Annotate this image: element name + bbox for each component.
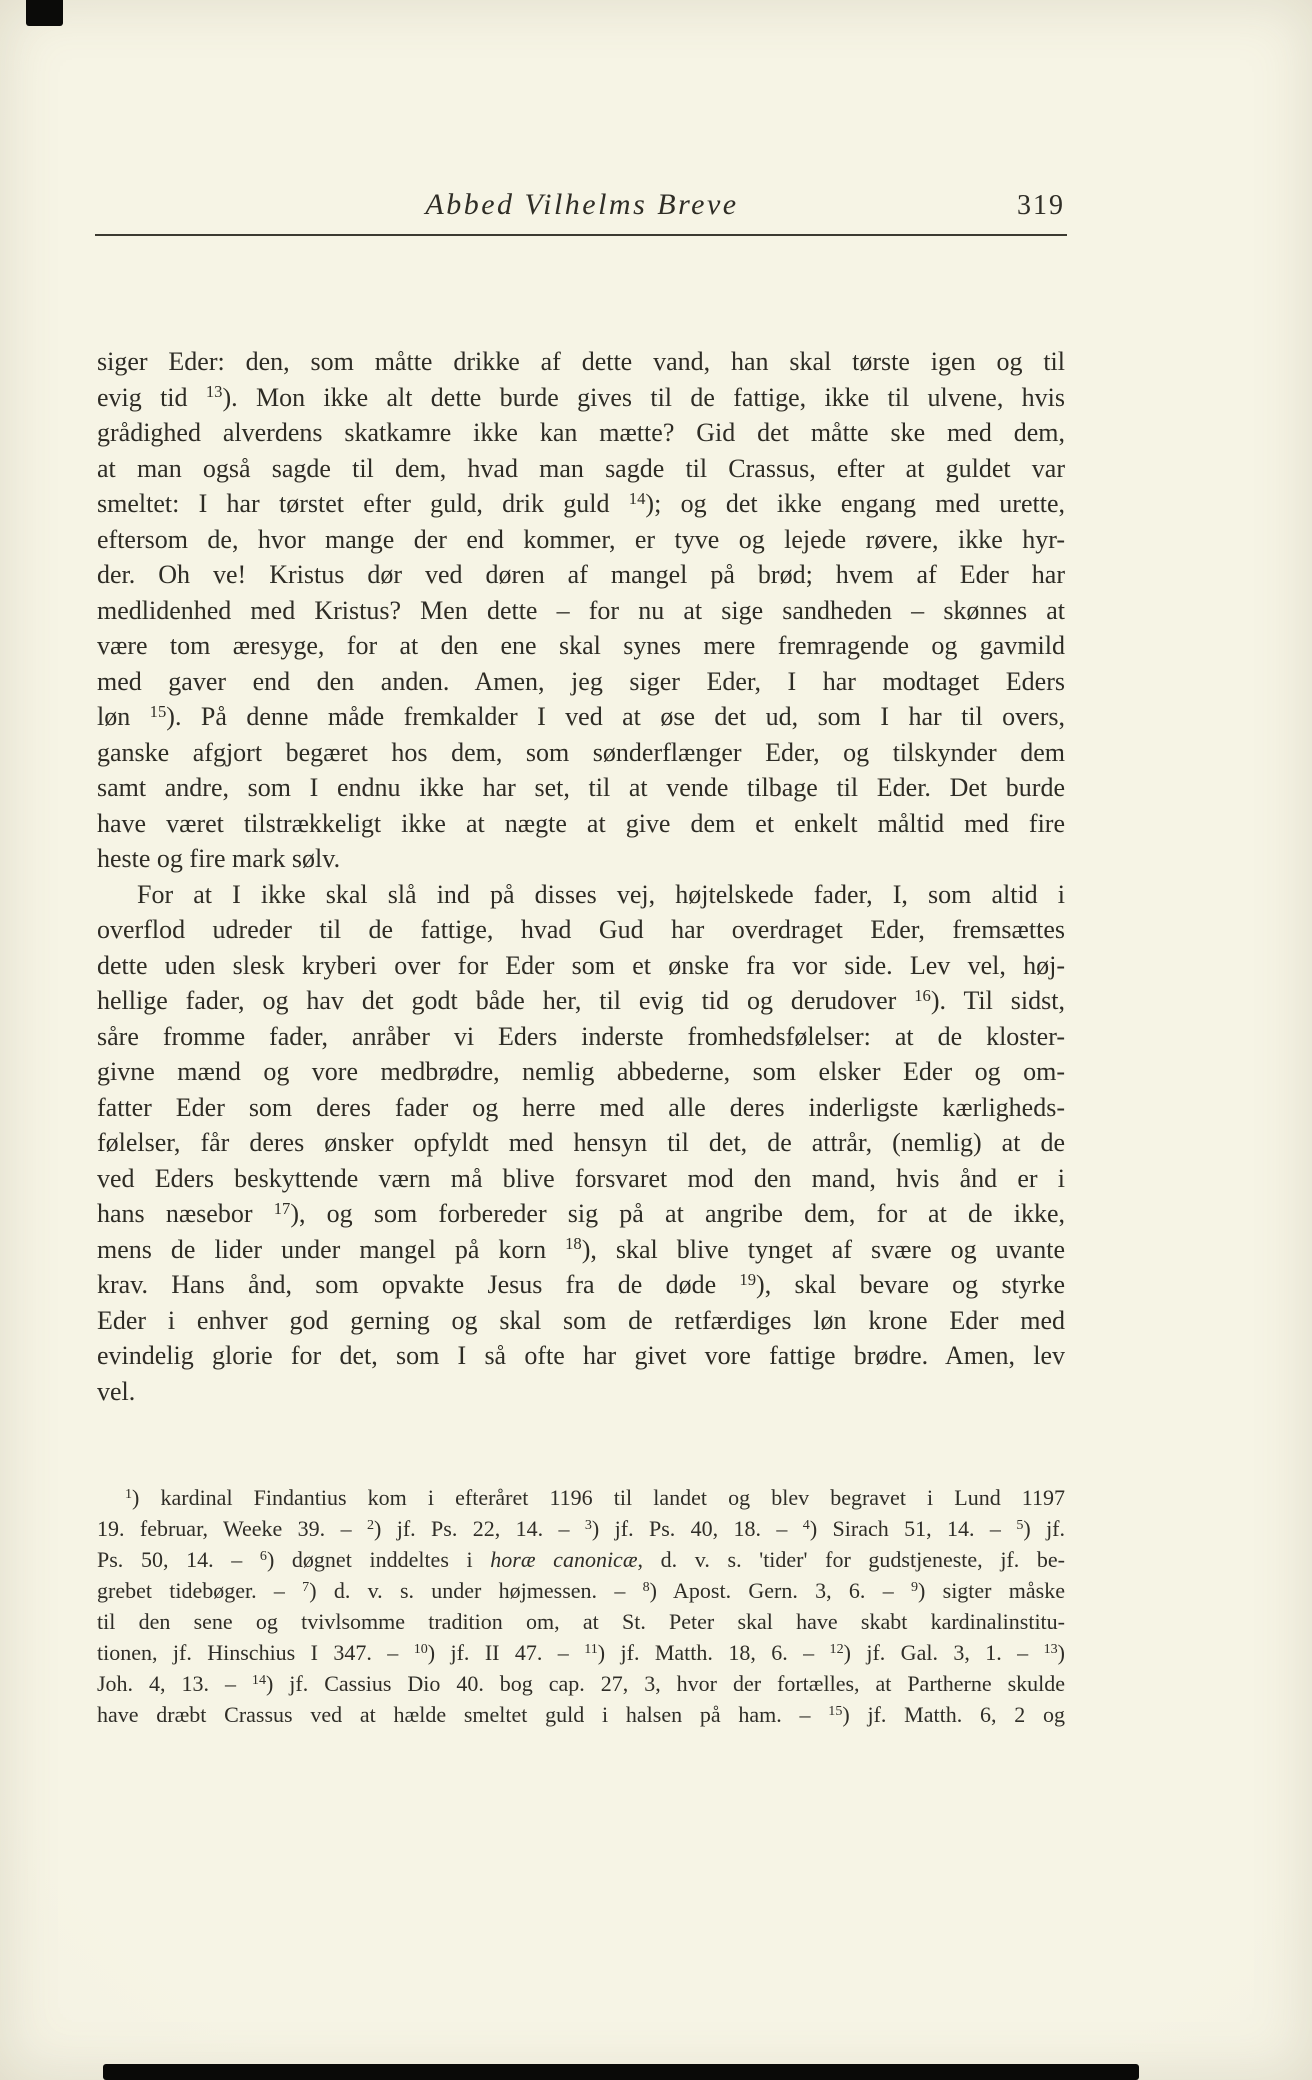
text-line: følelser, får deres ønsker opfyldt med h…: [97, 1125, 1065, 1161]
text-line: 1) kardinal Findantius kom i efteråret 1…: [97, 1482, 1065, 1513]
scan-artifact-bottom-bar: [103, 2064, 1139, 2080]
text-line: være tom æresyge, for at den ene skal sy…: [97, 628, 1065, 664]
text-line: Eder i enhver god gerning og skal som de…: [97, 1303, 1065, 1339]
text-line: smeltet: I har tørstet efter guld, drik …: [97, 486, 1065, 522]
text-line: ved Eders beskyttende værn må blive fors…: [97, 1161, 1065, 1197]
text-line: siger Eder: den, som måtte drikke af det…: [97, 344, 1065, 380]
letter-text: siger Eder: den, som måtte drikke af det…: [97, 344, 1065, 1409]
text-line: Ps. 50, 14. – 6) døgnet inddeltes i horæ…: [97, 1544, 1065, 1575]
page-scan: Abbed Vilhelms Breve 319 siger Eder: den…: [0, 0, 1312, 2080]
text-line: fatter Eder som deres fader og herre med…: [97, 1090, 1065, 1126]
text-line: med gaver end den anden. Amen, jeg siger…: [97, 664, 1065, 700]
text-line: dette uden slesk kryberi over for Eder s…: [97, 948, 1065, 984]
text-line: For at I ikke skal slå ind på disses vej…: [97, 877, 1065, 913]
text-line: krav. Hans ånd, som opvakte Jesus fra de…: [97, 1267, 1065, 1303]
text-line: til den sene og tvivlsomme tradition om,…: [97, 1606, 1065, 1637]
text-line: 19. februar, Weeke 39. – 2) jf. Ps. 22, …: [97, 1513, 1065, 1544]
text-line: evig tid 13). Mon ikke alt dette burde g…: [97, 380, 1065, 416]
text-line: grebet tidebøger. – 7) d. v. s. under hø…: [97, 1575, 1065, 1606]
header-title: Abbed Vilhelms Breve: [97, 188, 1067, 222]
text-line: medlidenhed med Kristus? Men dette – for…: [97, 593, 1065, 629]
text-line: at man også sagde til dem, hvad man sagd…: [97, 451, 1065, 487]
text-line: have dræbt Crassus ved at hælde smeltet …: [97, 1699, 1065, 1730]
text-line: mens de lider under mangel på korn 18), …: [97, 1232, 1065, 1268]
text-line: ganske afgjort begæret hos dem, som sønd…: [97, 735, 1065, 771]
scan-artifact-top-left: [26, 0, 63, 26]
text-line: have været tilstrækkeligt ikke at nægte …: [97, 806, 1065, 842]
footnotes-section: 1) kardinal Findantius kom i efteråret 1…: [97, 1482, 1065, 1730]
text-line: hellige fader, og hav det godt både her,…: [97, 983, 1065, 1019]
header-rule: [95, 234, 1067, 236]
text-line: eftersom de, hvor mange der end kommer, …: [97, 522, 1065, 558]
text-line: tionen, jf. Hinschius I 347. – 10) jf. I…: [97, 1637, 1065, 1668]
text-line: løn 15). På denne måde fremkalder I ved …: [97, 699, 1065, 735]
text-line: Joh. 4, 13. – 14) jf. Cassius Dio 40. bo…: [97, 1668, 1065, 1699]
text-line: vel.: [97, 1374, 1065, 1410]
text-line: grådighed alverdens skatkamre ikke kan m…: [97, 415, 1065, 451]
page-number: 319: [1017, 190, 1065, 222]
text-line: overflod udreder til de fattige, hvad Gu…: [97, 912, 1065, 948]
paragraph-1: siger Eder: den, som måtte drikke af det…: [97, 344, 1065, 877]
running-header: Abbed Vilhelms Breve 319: [97, 188, 1067, 228]
text-line: heste og fire mark sølv.: [97, 841, 1065, 877]
text-line: hans næsebor 17), og som forbereder sig …: [97, 1196, 1065, 1232]
text-line: der. Oh ve! Kristus dør ved døren af man…: [97, 557, 1065, 593]
paragraph-2: For at I ikke skal slå ind på disses vej…: [97, 877, 1065, 1410]
text-line: givne mænd og vore medbrødre, nemlig abb…: [97, 1054, 1065, 1090]
text-line: såre fromme fader, anråber vi Eders inde…: [97, 1019, 1065, 1055]
text-line: samt andre, som I endnu ikke har set, ti…: [97, 770, 1065, 806]
text-line: evindelig glorie for det, som I så ofte …: [97, 1338, 1065, 1374]
